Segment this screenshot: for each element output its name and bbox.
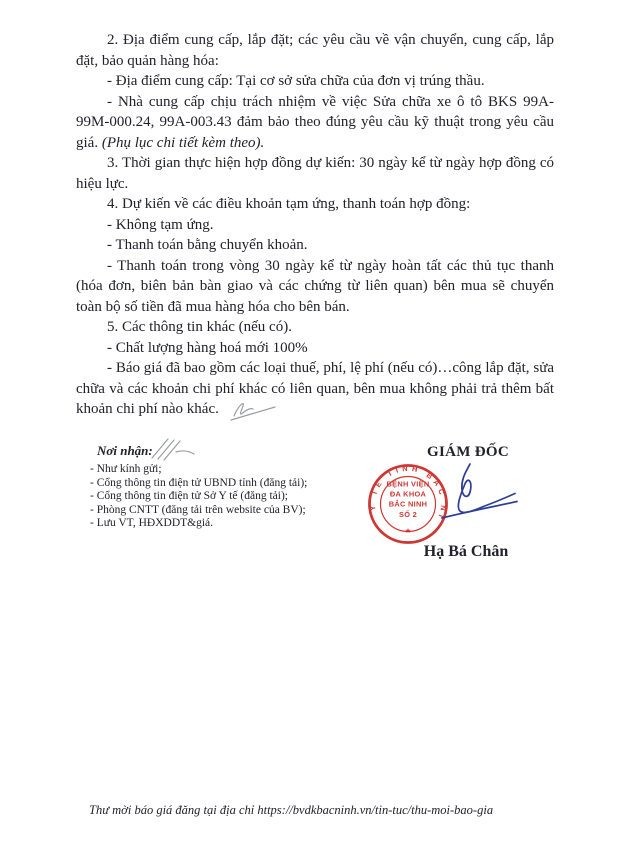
body-line-text: - Thanh toán trong vòng 30 ngày kể từ ng… — [76, 258, 554, 277]
body-line-text: hiệu lực. — [76, 176, 128, 192]
body-line-text: 99M-000.24, 99A-003.43 đảm bảo theo đúng… — [76, 114, 554, 133]
body-line-text: 3. Thời gian thực hiện hợp đồng dự kiến:… — [107, 155, 554, 171]
body-line-text: (hóa đơn, biên bản bàn giao và các chứng… — [76, 278, 554, 297]
recipients-block: Nơi nhận: - Như kính gửi;- Cổng thông ti… — [90, 443, 307, 531]
recipients-list: - Như kính gửi;- Cổng thông tin điện tử … — [90, 463, 307, 531]
body-line: - Chất lượng hàng hoá mới 100% — [76, 338, 554, 359]
stamp-center-line-2: ĐA KHOA — [390, 490, 427, 499]
body-line: - Thanh toán trong vòng 30 ngày kể từ ng… — [76, 256, 554, 277]
signature-stroke-icon — [436, 460, 526, 526]
body-line: giá. (Phụ lục chi tiết kèm theo). — [76, 133, 554, 154]
body-line-text: chữa và các khoản chi phí khác có liên q… — [76, 381, 554, 400]
body-line: (hóa đơn, biên bản bàn giao và các chứng… — [76, 276, 554, 297]
body-line: hiệu lực. — [76, 174, 554, 195]
body-line: chữa và các khoản chi phí khác có liên q… — [76, 379, 554, 400]
recipients-heading: Nơi nhận: — [97, 443, 307, 459]
recipient-item: - Cổng thông tin điện tử Sở Y tế (đăng t… — [90, 490, 307, 504]
body-line: 99M-000.24, 99A-003.43 đảm bảo theo đúng… — [76, 112, 554, 133]
body-line-text: 4. Dự kiến về các điều khoản tạm ứng, th… — [107, 196, 470, 212]
footer-note: Thư mời báo giá đăng tại địa chỉ https:/… — [89, 803, 493, 818]
body-line-text: 2. Địa điểm cung cấp, lắp đặt; các yêu c… — [107, 32, 554, 48]
body-line: 5. Các thông tin khác (nếu có). — [76, 317, 554, 338]
stamp-star-icon: ★ — [405, 527, 411, 535]
recipient-item: - Phòng CNTT (đăng tải trên website của … — [90, 504, 307, 518]
document-page: 2. Địa điểm cung cấp, lắp đặt; các yêu c… — [0, 0, 633, 849]
pen-paraph-icon — [146, 434, 198, 464]
stamp-center-line-3: BẮC NINH — [389, 500, 428, 509]
document-body: 2. Địa điểm cung cấp, lắp đặt; các yêu c… — [76, 30, 554, 420]
body-line-text: - Thanh toán bằng chuyển khoản. — [107, 237, 308, 253]
body-line-text: - Không tạm ứng. — [107, 217, 213, 233]
recipient-item: - Lưu VT, HĐXDDT&giá. — [90, 517, 307, 531]
body-line-text: - Chất lượng hàng hoá mới 100% — [107, 340, 308, 356]
recipient-item: - Cổng thông tin điện tử UBND tỉnh (đăng… — [90, 477, 307, 491]
recipient-item: - Như kính gửi; — [90, 463, 307, 477]
pen-scribble-icon — [228, 396, 278, 424]
body-line: - Nhà cung cấp chịu trách nhiệm về việc … — [76, 92, 554, 113]
signer-name: Hạ Bá Chân — [406, 543, 526, 561]
body-line-text: đặt, bảo quản hàng hóa: — [76, 53, 219, 69]
body-line-italic-text: (Phụ lục chi tiết kèm theo). — [102, 135, 264, 151]
body-line: - Báo giá đã bao gồm các loại thuế, phí,… — [76, 358, 554, 379]
body-line: - Địa điểm cung cấp: Tại cơ sở sửa chữa … — [76, 71, 554, 92]
body-line-text: 5. Các thông tin khác (nếu có). — [107, 319, 292, 335]
body-line-text: toàn bộ số tiền đã mua hàng hóa cho bên … — [76, 299, 350, 315]
body-line-text: khoản chi phí nào khác. — [76, 401, 219, 417]
body-line-text: - Nhà cung cấp chịu trách nhiệm về việc … — [76, 94, 554, 113]
body-line: - Không tạm ứng. — [76, 215, 554, 236]
body-line-text: - Địa điểm cung cấp: Tại cơ sở sửa chữa … — [107, 73, 485, 89]
body-line-text: - Báo giá đã bao gồm các loại thuế, phí,… — [107, 360, 554, 376]
body-line: 3. Thời gian thực hiện hợp đồng dự kiến:… — [76, 153, 554, 174]
body-line: khoản chi phí nào khác. — [76, 399, 554, 420]
stamp-center-line-4: SỐ 2 — [399, 509, 417, 519]
body-line-text: giá. — [76, 135, 102, 151]
body-line: 4. Dự kiến về các điều khoản tạm ứng, th… — [76, 194, 554, 215]
body-line: 2. Địa điểm cung cấp, lắp đặt; các yêu c… — [76, 30, 554, 51]
body-line: - Thanh toán bằng chuyển khoản. — [76, 235, 554, 256]
body-line: đặt, bảo quản hàng hóa: — [76, 51, 554, 72]
body-line: toàn bộ số tiền đã mua hàng hóa cho bên … — [76, 297, 554, 318]
stamp-center-line-1: BỆNH VIỆN — [387, 480, 430, 489]
